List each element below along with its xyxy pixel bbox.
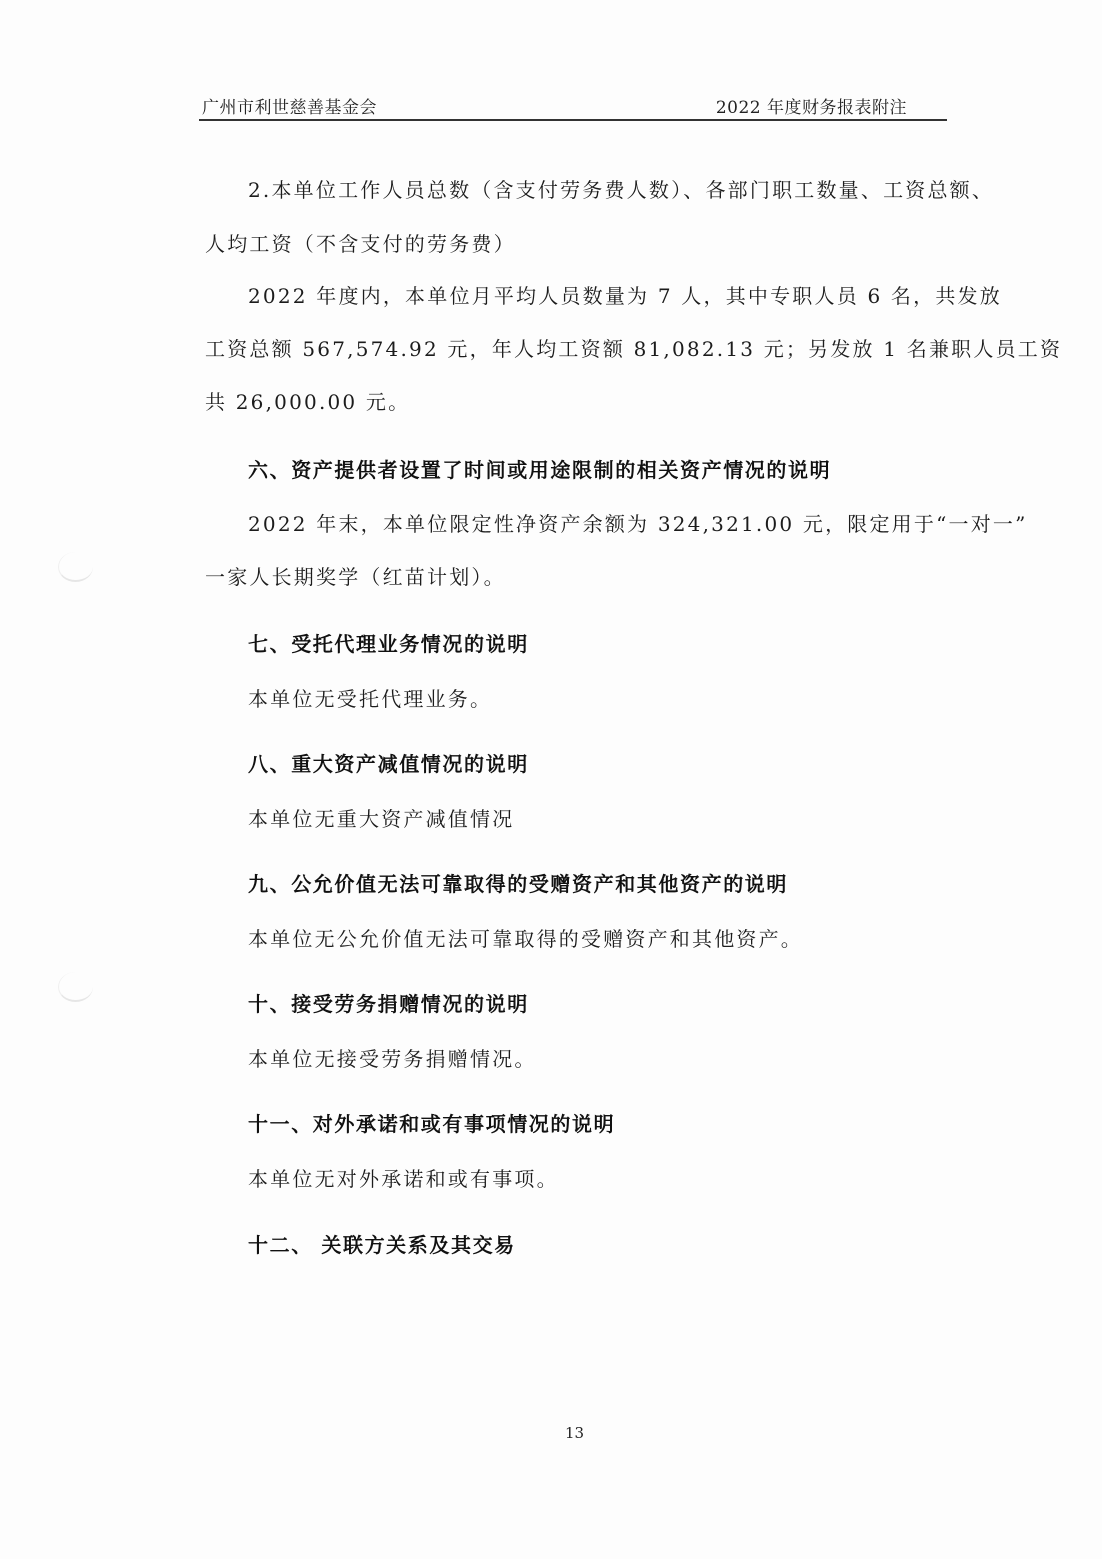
section-heading-6: 六、资产提供者设置了时间或用途限制的相关资产情况的说明 <box>248 454 831 483</box>
section-2-paragraph-line-1: 2022 年度内，本单位月平均人员数量为 7 人，其中专职人员 6 名，共发放 <box>248 280 1002 309</box>
section-11-line-1: 本单位无对外承诺和或有事项。 <box>248 1163 559 1192</box>
punch-hole-mark <box>58 552 93 582</box>
section-7-line-1: 本单位无受托代理业务。 <box>248 683 492 712</box>
header-divider <box>199 119 947 121</box>
section-heading-11: 十一、对外承诺和或有事项情况的说明 <box>248 1108 615 1137</box>
section-6-line-1: 2022 年末，本单位限定性净资产余额为 324,321.00 元，限定用于“一… <box>248 508 1028 537</box>
punch-hole-mark <box>58 972 93 1002</box>
section-heading-8: 八、重大资产减值情况的说明 <box>248 748 529 777</box>
page-header: 广州市利世慈善基金会 2022 年度财务报表附注 <box>200 93 947 119</box>
section-heading-7: 七、受托代理业务情况的说明 <box>248 628 529 657</box>
section-2-title-line-1: 2.本单位工作人员总数（含支付劳务费人数）、各部门职工数量、工资总额、 <box>248 174 994 203</box>
page-number: 13 <box>565 1424 584 1442</box>
section-8-line-1: 本单位无重大资产减值情况 <box>248 803 514 832</box>
section-heading-9: 九、公允价值无法可靠取得的受赠资产和其他资产的说明 <box>248 868 788 897</box>
organization-name: 广州市利世慈善基金会 <box>202 93 377 118</box>
section-10-line-1: 本单位无接受劳务捐赠情况。 <box>248 1043 537 1072</box>
section-heading-10: 十、接受劳务捐赠情况的说明 <box>248 988 529 1017</box>
section-2-paragraph-line-2: 工资总额 567,574.92 元，年人均工资额 81,082.13 元；另发放… <box>205 333 1062 362</box>
section-9-line-1: 本单位无公允价值无法可靠取得的受赠资产和其他资产。 <box>248 923 803 952</box>
document-page: 广州市利世慈善基金会 2022 年度财务报表附注 2.本单位工作人员总数（含支付… <box>0 0 1102 1559</box>
document-title: 2022 年度财务报表附注 <box>716 93 907 118</box>
section-heading-12: 十二、 关联方关系及其交易 <box>248 1229 516 1258</box>
section-2-title-line-2: 人均工资（不含支付的劳务费） <box>205 228 516 257</box>
section-6-line-2: 一家人长期奖学（红苗计划）。 <box>205 561 506 590</box>
section-2-paragraph-line-3: 共 26,000.00 元。 <box>205 386 410 415</box>
